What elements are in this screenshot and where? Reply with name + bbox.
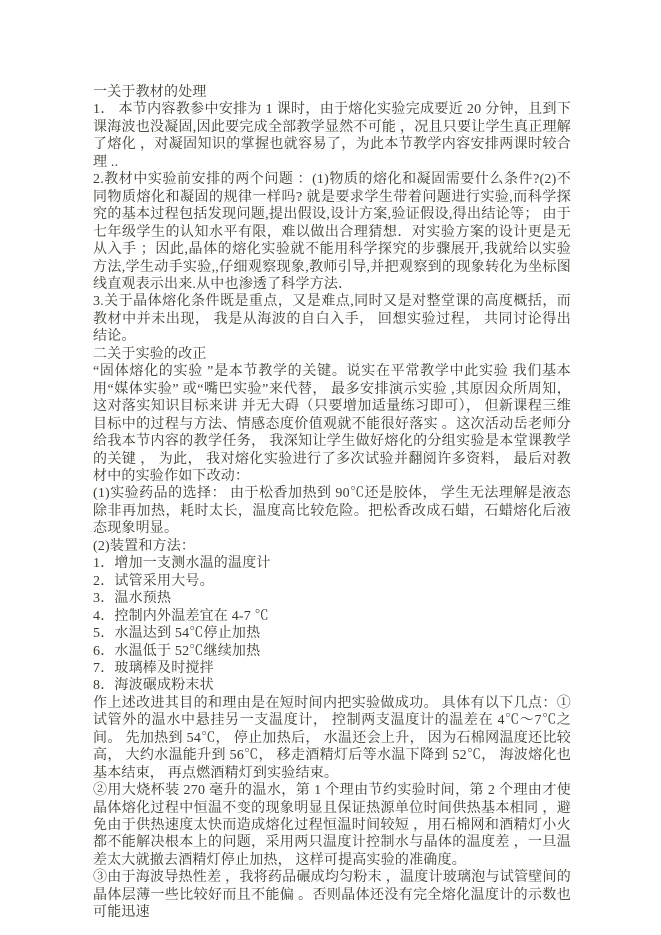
section-heading-materials: 一关于教材的处理 xyxy=(93,84,571,101)
subheading-apparatus-method: (2)装置和方法： xyxy=(93,538,571,555)
list-item-5: 5．水温达到 54℃停止加热 xyxy=(93,625,571,642)
list-item-2: 2．试管采用大号。 xyxy=(93,573,571,590)
list-item-3: 3．温水预热 xyxy=(93,590,571,607)
paragraph-pre-experiment-questions: 2.教材中实验前安排的两个问题 ：(1)物质的熔化和凝固需要什么条件?(2)不同… xyxy=(93,171,571,293)
paragraph-reason-1: 作上述改进其目的和理由是在短时间内把实验做成功。 具体有以下几点：①试管外的温水… xyxy=(93,695,571,782)
list-item-6: 6．水温低于 52℃继续加热 xyxy=(93,643,571,660)
list-item-1: 1．增加一支测水温的温度计 xyxy=(93,555,571,572)
document-page: 一关于教材的处理 1． 本节内容教参中安排为 1 课时，由于熔化实验完成要近 2… xyxy=(0,0,661,935)
paragraph-melting-condition: 3.关于晶体熔化条件既是重点，又是难点,同时又是对整堂课的高度概括，而教材中并未… xyxy=(93,293,571,345)
paragraph-experiment-key: “固体熔化的实验 ”是本节教学的关键。说实在平常教学中此实验 我们基本用“媒体实… xyxy=(93,363,571,485)
list-item-8: 8．海波碾成粉末状 xyxy=(93,677,571,694)
list-item-4: 4．控制内外温差宜在 4-7 ℃ xyxy=(93,608,571,625)
paragraph-class-hours: 1． 本节内容教参中安排为 1 课时，由于熔化实验完成要近 20 分钟，且到下课… xyxy=(93,101,571,171)
list-item-7: 7．玻璃棒及时搅拌 xyxy=(93,660,571,677)
section-heading-experiment-revision: 二关于实验的改正 xyxy=(93,346,571,363)
paragraph-reason-3: ③由于海波导热性差 ，我将药品碾成均匀粉末 ，温度计玻璃泡与试管壁间的晶体层薄一… xyxy=(93,869,571,921)
paragraph-reagent-choice: (1)实验药品的选择： 由于松香加热到 90℃还是胶体， 学生无法理解是液态除非… xyxy=(93,485,571,537)
paragraph-reason-2: ②用大烧杯装 270 毫升的温水，第 1 个理由节约实验时间，第 2 个理由才使… xyxy=(93,782,571,869)
document-body: 一关于教材的处理 1． 本节内容教参中安排为 1 课时，由于熔化实验完成要近 2… xyxy=(93,84,571,922)
